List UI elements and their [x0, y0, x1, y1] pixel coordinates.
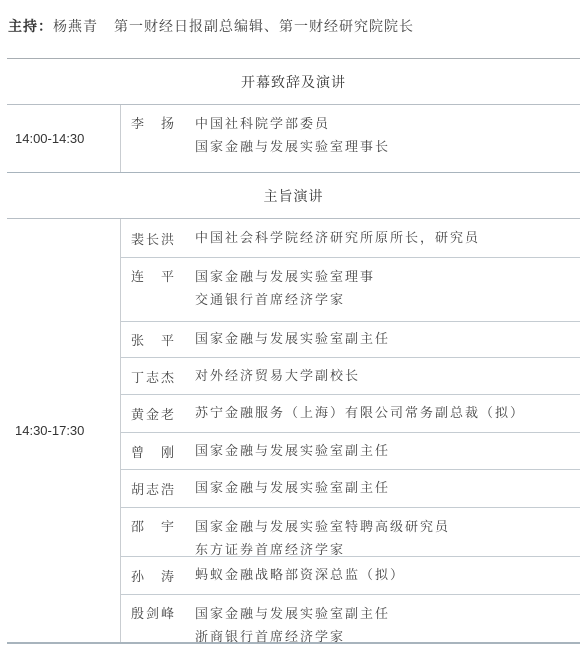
speaker-row: 裴长洪中国社会科学院经济研究所原所长，研究员	[121, 219, 580, 258]
speaker-titles: 中国社科院学部委员国家金融与发展实验室理事长	[195, 113, 390, 159]
speaker-row: 李 扬中国社科院学部委员国家金融与发展实验室理事长	[121, 105, 580, 172]
speaker-title-line: 东方证券首席经济学家	[195, 539, 450, 562]
speaker-row: 连 平国家金融与发展实验室理事交通银行首席经济学家	[121, 258, 580, 322]
speaker-name: 连 平	[131, 266, 195, 285]
section-heading-opening: 开幕致辞及演讲	[7, 59, 580, 105]
host-name: 杨燕青	[53, 19, 98, 35]
speaker-name: 裴长洪	[131, 229, 195, 248]
speaker-titles: 对外经济贸易大学副校长	[195, 365, 360, 388]
speaker-name: 殷剑峰	[131, 603, 195, 622]
speaker-titles: 苏宁金融服务（上海）有限公司常务副总裁（拟）	[195, 402, 525, 425]
agenda-table: 开幕致辞及演讲 14:00-14:30 李 扬中国社科院学部委员国家金融与发展实…	[7, 58, 580, 644]
speaker-name: 曾 刚	[131, 442, 195, 461]
speaker-name: 孙 涛	[131, 566, 195, 585]
speaker-name: 李 扬	[131, 113, 195, 132]
speaker-title-line: 国家金融与发展实验室理事	[195, 266, 375, 289]
speaker-titles: 国家金融与发展实验室副主任	[195, 328, 390, 351]
speaker-titles: 国家金融与发展实验室特聘高级研究员东方证券首席经济学家	[195, 516, 450, 562]
speaker-titles: 国家金融与发展实验室理事交通银行首席经济学家	[195, 266, 375, 312]
speaker-title-line: 国家金融与发展实验室特聘高级研究员	[195, 516, 450, 539]
session-time: 14:00-14:30	[7, 105, 121, 172]
speaker-title-line: 国家金融与发展实验室副主任	[195, 440, 390, 463]
speaker-titles: 中国社会科学院经济研究所原所长，研究员	[195, 227, 480, 250]
speaker-title-line: 交通银行首席经济学家	[195, 289, 375, 312]
speaker-title-line: 蚂蚁金融战略部资深总监（拟）	[195, 564, 405, 587]
session-keynote: 14:30-17:30 裴长洪中国社会科学院经济研究所原所长，研究员连 平国家金…	[7, 219, 580, 644]
speaker-row: 黄金老苏宁金融服务（上海）有限公司常务副总裁（拟）	[121, 395, 580, 433]
speaker-name: 胡志浩	[131, 479, 195, 498]
speaker-list: 李 扬中国社科院学部委员国家金融与发展实验室理事长	[121, 105, 580, 172]
session-opening: 14:00-14:30 李 扬中国社科院学部委员国家金融与发展实验室理事长	[7, 105, 580, 173]
host-line: 主持：杨燕青第一财经日报副总编辑、第一财经研究院院长	[8, 16, 414, 36]
speaker-row: 胡志浩国家金融与发展实验室副主任	[121, 470, 580, 508]
speaker-title-line: 中国社会科学院经济研究所原所长，研究员	[195, 227, 480, 250]
speaker-name: 丁志杰	[131, 367, 195, 386]
speaker-titles: 国家金融与发展实验室副主任	[195, 440, 390, 463]
speaker-list: 裴长洪中国社会科学院经济研究所原所长，研究员连 平国家金融与发展实验室理事交通银…	[121, 219, 580, 642]
speaker-row: 曾 刚国家金融与发展实验室副主任	[121, 433, 580, 470]
host-title: 第一财经日报副总编辑、第一财经研究院院长	[114, 19, 414, 35]
speaker-title-line: 国家金融与发展实验室理事长	[195, 136, 390, 159]
host-label: 主持：	[8, 19, 53, 35]
speaker-name: 邵 宇	[131, 516, 195, 535]
speaker-row: 张 平国家金融与发展实验室副主任	[121, 322, 580, 358]
speaker-titles: 国家金融与发展实验室副主任	[195, 477, 390, 500]
section-heading-keynote: 主旨演讲	[7, 173, 580, 219]
speaker-row: 孙 涛蚂蚁金融战略部资深总监（拟）	[121, 557, 580, 595]
speaker-title-line: 国家金融与发展实验室副主任	[195, 477, 390, 500]
speaker-title-line: 苏宁金融服务（上海）有限公司常务副总裁（拟）	[195, 402, 525, 425]
speaker-row: 丁志杰对外经济贸易大学副校长	[121, 358, 580, 395]
speaker-row: 邵 宇国家金融与发展实验室特聘高级研究员东方证券首席经济学家	[121, 508, 580, 557]
speaker-titles: 蚂蚁金融战略部资深总监（拟）	[195, 564, 405, 587]
speaker-title-line: 浙商银行首席经济学家	[195, 626, 390, 649]
speaker-name: 张 平	[131, 330, 195, 349]
speaker-title-line: 国家金融与发展实验室副主任	[195, 328, 390, 351]
speaker-titles: 国家金融与发展实验室副主任浙商银行首席经济学家	[195, 603, 390, 649]
speaker-row: 殷剑峰国家金融与发展实验室副主任浙商银行首席经济学家	[121, 595, 580, 642]
speaker-title-line: 国家金融与发展实验室副主任	[195, 603, 390, 626]
speaker-name: 黄金老	[131, 404, 195, 423]
session-time: 14:30-17:30	[7, 219, 121, 642]
speaker-title-line: 对外经济贸易大学副校长	[195, 365, 360, 388]
speaker-title-line: 中国社科院学部委员	[195, 113, 390, 136]
